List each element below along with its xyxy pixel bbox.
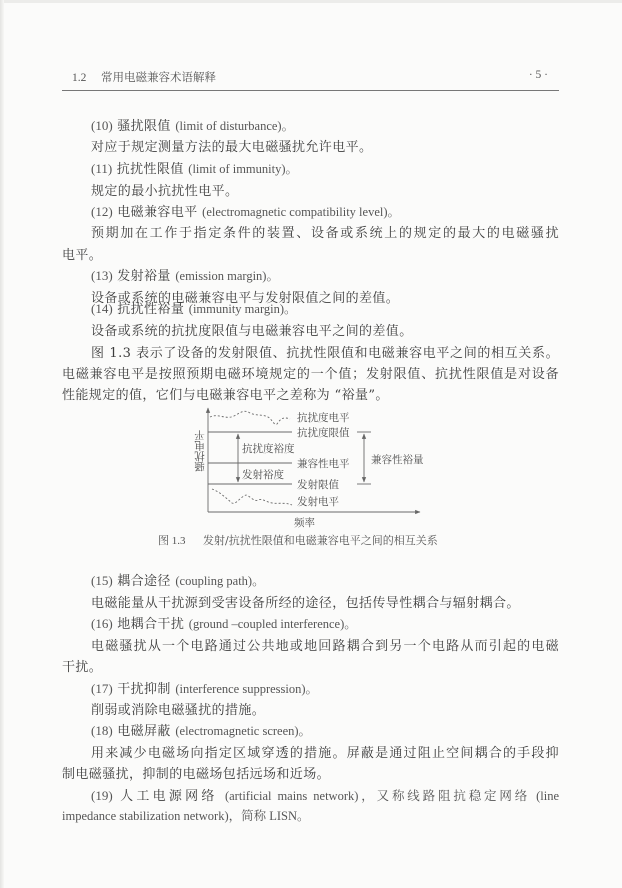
term-definition: 设备或系统的抗扰度限值与电磁兼容电平之间的差值。 [91, 320, 413, 339]
margin-label-emission: 发射裕度 [242, 467, 284, 482]
term-heading: (11) 抗扰性限值 (limit of immunity)。 [91, 158, 298, 177]
running-header: 1.2 常用电磁兼容术语解释 · 5 · [72, 67, 548, 87]
y-axis-label: 骚扰电平 [194, 430, 206, 472]
figure-caption-text: 发射/抗扰性限值和电磁兼容电平之间的相互关系 [203, 534, 438, 547]
emission-level-curve [212, 489, 292, 505]
level-label-emission-level: 发射电平 [297, 494, 339, 509]
term-heading: (13) 发射裕量 (emission margin)。 [91, 265, 279, 284]
term-heading: (17) 干扰抑制 (interference suppression)。 [91, 678, 318, 697]
term-definition-continued: 电平。 [62, 244, 102, 263]
term-heading: (18) 电磁屏蔽 (electromagnetic screen)。 [91, 720, 311, 739]
level-label-immunity-limit: 抗扰度限值 [297, 425, 350, 440]
term-definition: 规定的最小抗扰性电平。 [91, 180, 238, 199]
margin-label-immunity: 抗扰度裕度 [242, 441, 295, 456]
term-definition: 预期加在工作于指定条件的装置、设备或系统上的规定的最大的电磁骚扰 [91, 222, 559, 241]
figure-number: 图 1.3 [158, 535, 186, 547]
term-definition: 电磁能量从干扰源到受害设备所经的途径，包括传导性耦合与辐射耦合。 [91, 592, 520, 611]
term-heading: (16) 地耦合干扰 (ground –coupled interference… [91, 613, 357, 632]
immunity-level-curve [210, 411, 290, 424]
margin-label-compatibility: 兼容性裕量 [371, 452, 424, 467]
body-paragraph-line: 图 1.3 表示了设备的发射限值、抗扰性限值和电磁兼容电平之间的相互关系。 [91, 342, 559, 361]
term-definition-continued: 干扰。 [62, 656, 102, 675]
body-paragraph-line: 性能规定的值，它们与电磁兼容电平之差称为 “裕量”。 [62, 384, 389, 403]
level-label-immunity-level: 抗扰度电平 [297, 410, 350, 425]
page-number: · 5 · [529, 69, 548, 81]
body-paragraph-line: 电磁兼容电平是按照预期电磁环境规定的一个值；发射限值、抗扰性限值是对设备 [62, 363, 559, 382]
term-heading: (19) 人工电源网络 (artificial mains network)，又… [91, 785, 559, 804]
section-heading: 1.2 常用电磁兼容术语解释 [72, 69, 216, 85]
section-title: 常用电磁兼容术语解释 [101, 70, 216, 84]
term-definition: 电磁骚扰从一个电路通过公共地或地回路耦合到另一个电路从而引起的电磁 [91, 635, 559, 654]
term-definition-continued: impedance stabilization network)，简称 LISN… [62, 806, 310, 824]
term-heading: (15) 耦合途径 (coupling path)。 [91, 570, 265, 589]
term-heading: (10) 骚扰限值 (limit of disturbance)。 [91, 115, 294, 134]
term-definition: 削弱或消除电磁骚扰的措施。 [91, 699, 265, 718]
page-top-edge [0, 0, 622, 3]
term-definition: 对应于规定测量方法的最大电磁骚扰允许电平。 [91, 136, 372, 155]
term-definition-continued: 制电磁骚扰，抑制的电磁场包括远场和近场。 [62, 763, 330, 782]
page-left-edge [0, 0, 4, 888]
term-heading: (12) 电磁兼容电平 (electromagnetic compatibili… [91, 201, 400, 220]
figure-caption: 图 1.3 发射/抗扰性限值和电磁兼容电平之间的相互关系 [158, 532, 438, 548]
x-axis-label: 频率 [294, 515, 315, 530]
header-rule [62, 90, 559, 91]
term-heading: (14) 抗扰性裕量 (immunity margin)。 [91, 298, 297, 317]
level-label-emission-limit: 发射限值 [297, 477, 339, 492]
term-definition: 用来减少电磁场向指定区域穿透的措施。屏蔽是通过阻止空间耦合的手段抑 [91, 742, 559, 761]
section-number: 1.2 [72, 72, 86, 84]
level-label-compatibility: 兼容性电平 [297, 456, 350, 471]
